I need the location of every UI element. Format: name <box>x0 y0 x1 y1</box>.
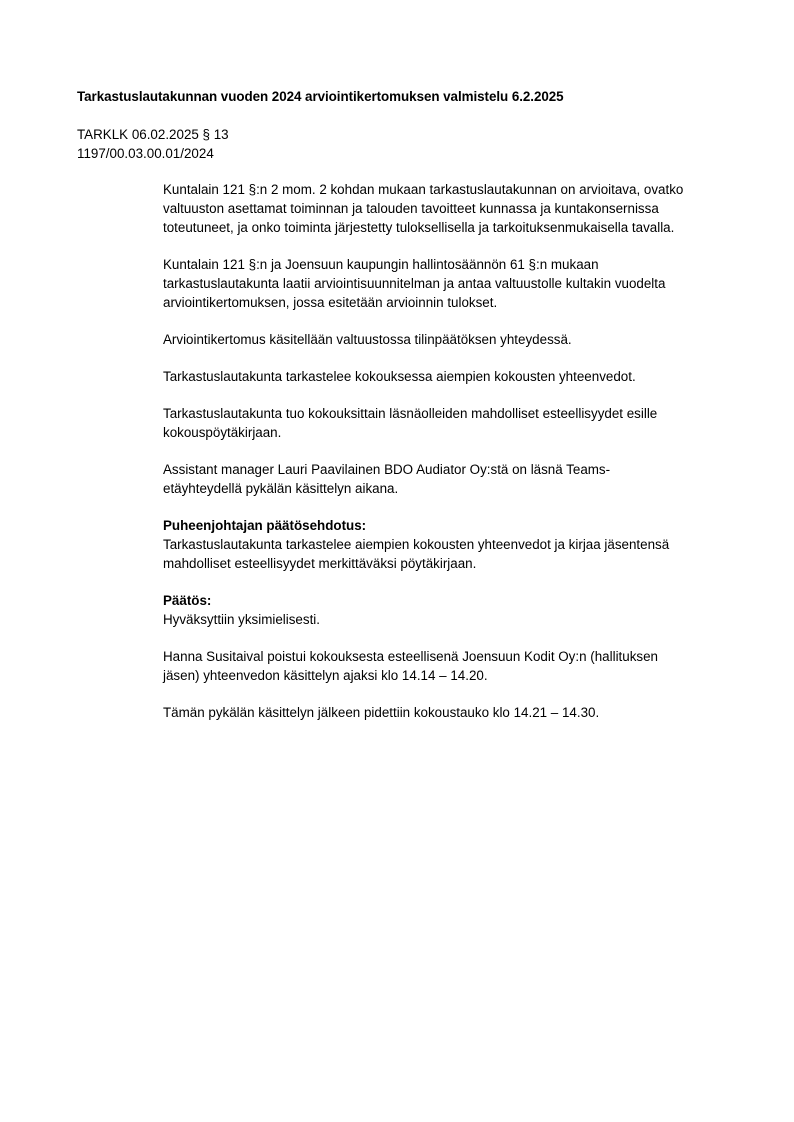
text-line: Assistant manager Lauri Paavilainen BDO … <box>163 460 733 479</box>
text-line: mahdolliset esteellisyydet merkittäväksi… <box>163 554 733 573</box>
text-line: Tämän pykälän käsittelyn jälkeen pidetti… <box>163 703 733 722</box>
text-line: Tarkastuslautakunta tarkastelee aiempien… <box>163 535 733 554</box>
note-recusal: Hanna Susitaival poistui kokouksesta est… <box>163 647 733 685</box>
text-line: Hanna Susitaival poistui kokouksesta est… <box>163 647 733 666</box>
text-line: Hyväksyttiin yksimielisesti. <box>163 610 733 629</box>
text-line: valtuuston asettamat toiminnan ja taloud… <box>163 199 733 218</box>
decision-heading: Päätös: <box>163 591 733 610</box>
text-line: jäsen) yhteenvedon käsittelyn ajaksi klo… <box>163 666 733 685</box>
paragraph-disqualifications: Tarkastuslautakunta tuo kokouksittain lä… <box>163 404 733 442</box>
text-line: tarkastuslautakunta laatii arviointisuun… <box>163 274 733 293</box>
decision: Päätös: Hyväksyttiin yksimielisesti. <box>163 591 733 629</box>
text-line: Kuntalain 121 §:n ja Joensuun kaupungin … <box>163 255 733 274</box>
paragraph-evaluation-report: Kuntalain 121 §:n ja Joensuun kaupungin … <box>163 255 733 312</box>
paragraph-summaries: Tarkastuslautakunta tarkastelee kokoukse… <box>163 367 733 386</box>
chair-proposal-heading: Puheenjohtajan päätösehdotus: <box>163 516 733 535</box>
text-line: toteutuneet, ja onko toiminta järjestett… <box>163 218 733 237</box>
document-meta: TARKLK 06.02.2025 § 13 1197/00.03.00.01/… <box>77 125 229 163</box>
text-line: arviointikertomuksen, jossa esitetään ar… <box>163 293 733 312</box>
paragraph-council-handling: Arviointikertomus käsitellään valtuustos… <box>163 330 733 349</box>
text-line: Tarkastuslautakunta tuo kokouksittain lä… <box>163 404 733 423</box>
text-line: etäyhteydellä pykälän käsittelyn aikana. <box>163 479 733 498</box>
paragraph-attendee: Assistant manager Lauri Paavilainen BDO … <box>163 460 733 498</box>
section-reference: TARKLK 06.02.2025 § 13 <box>77 125 229 144</box>
text-line: kokouspöytäkirjaan. <box>163 423 733 442</box>
text-line: Kuntalain 121 §:n 2 mom. 2 kohdan mukaan… <box>163 180 733 199</box>
document-body: Kuntalain 121 §:n 2 mom. 2 kohdan mukaan… <box>163 180 733 740</box>
paragraph-legal-basis: Kuntalain 121 §:n 2 mom. 2 kohdan mukaan… <box>163 180 733 237</box>
text-line: Tarkastuslautakunta tarkastelee kokoukse… <box>163 367 733 386</box>
document-title: Tarkastuslautakunnan vuoden 2024 arvioin… <box>77 89 564 104</box>
chair-proposal: Puheenjohtajan päätösehdotus: Tarkastusl… <box>163 516 733 573</box>
record-number: 1197/00.03.00.01/2024 <box>77 144 229 163</box>
text-line: Arviointikertomus käsitellään valtuustos… <box>163 330 733 349</box>
note-break: Tämän pykälän käsittelyn jälkeen pidetti… <box>163 703 733 722</box>
